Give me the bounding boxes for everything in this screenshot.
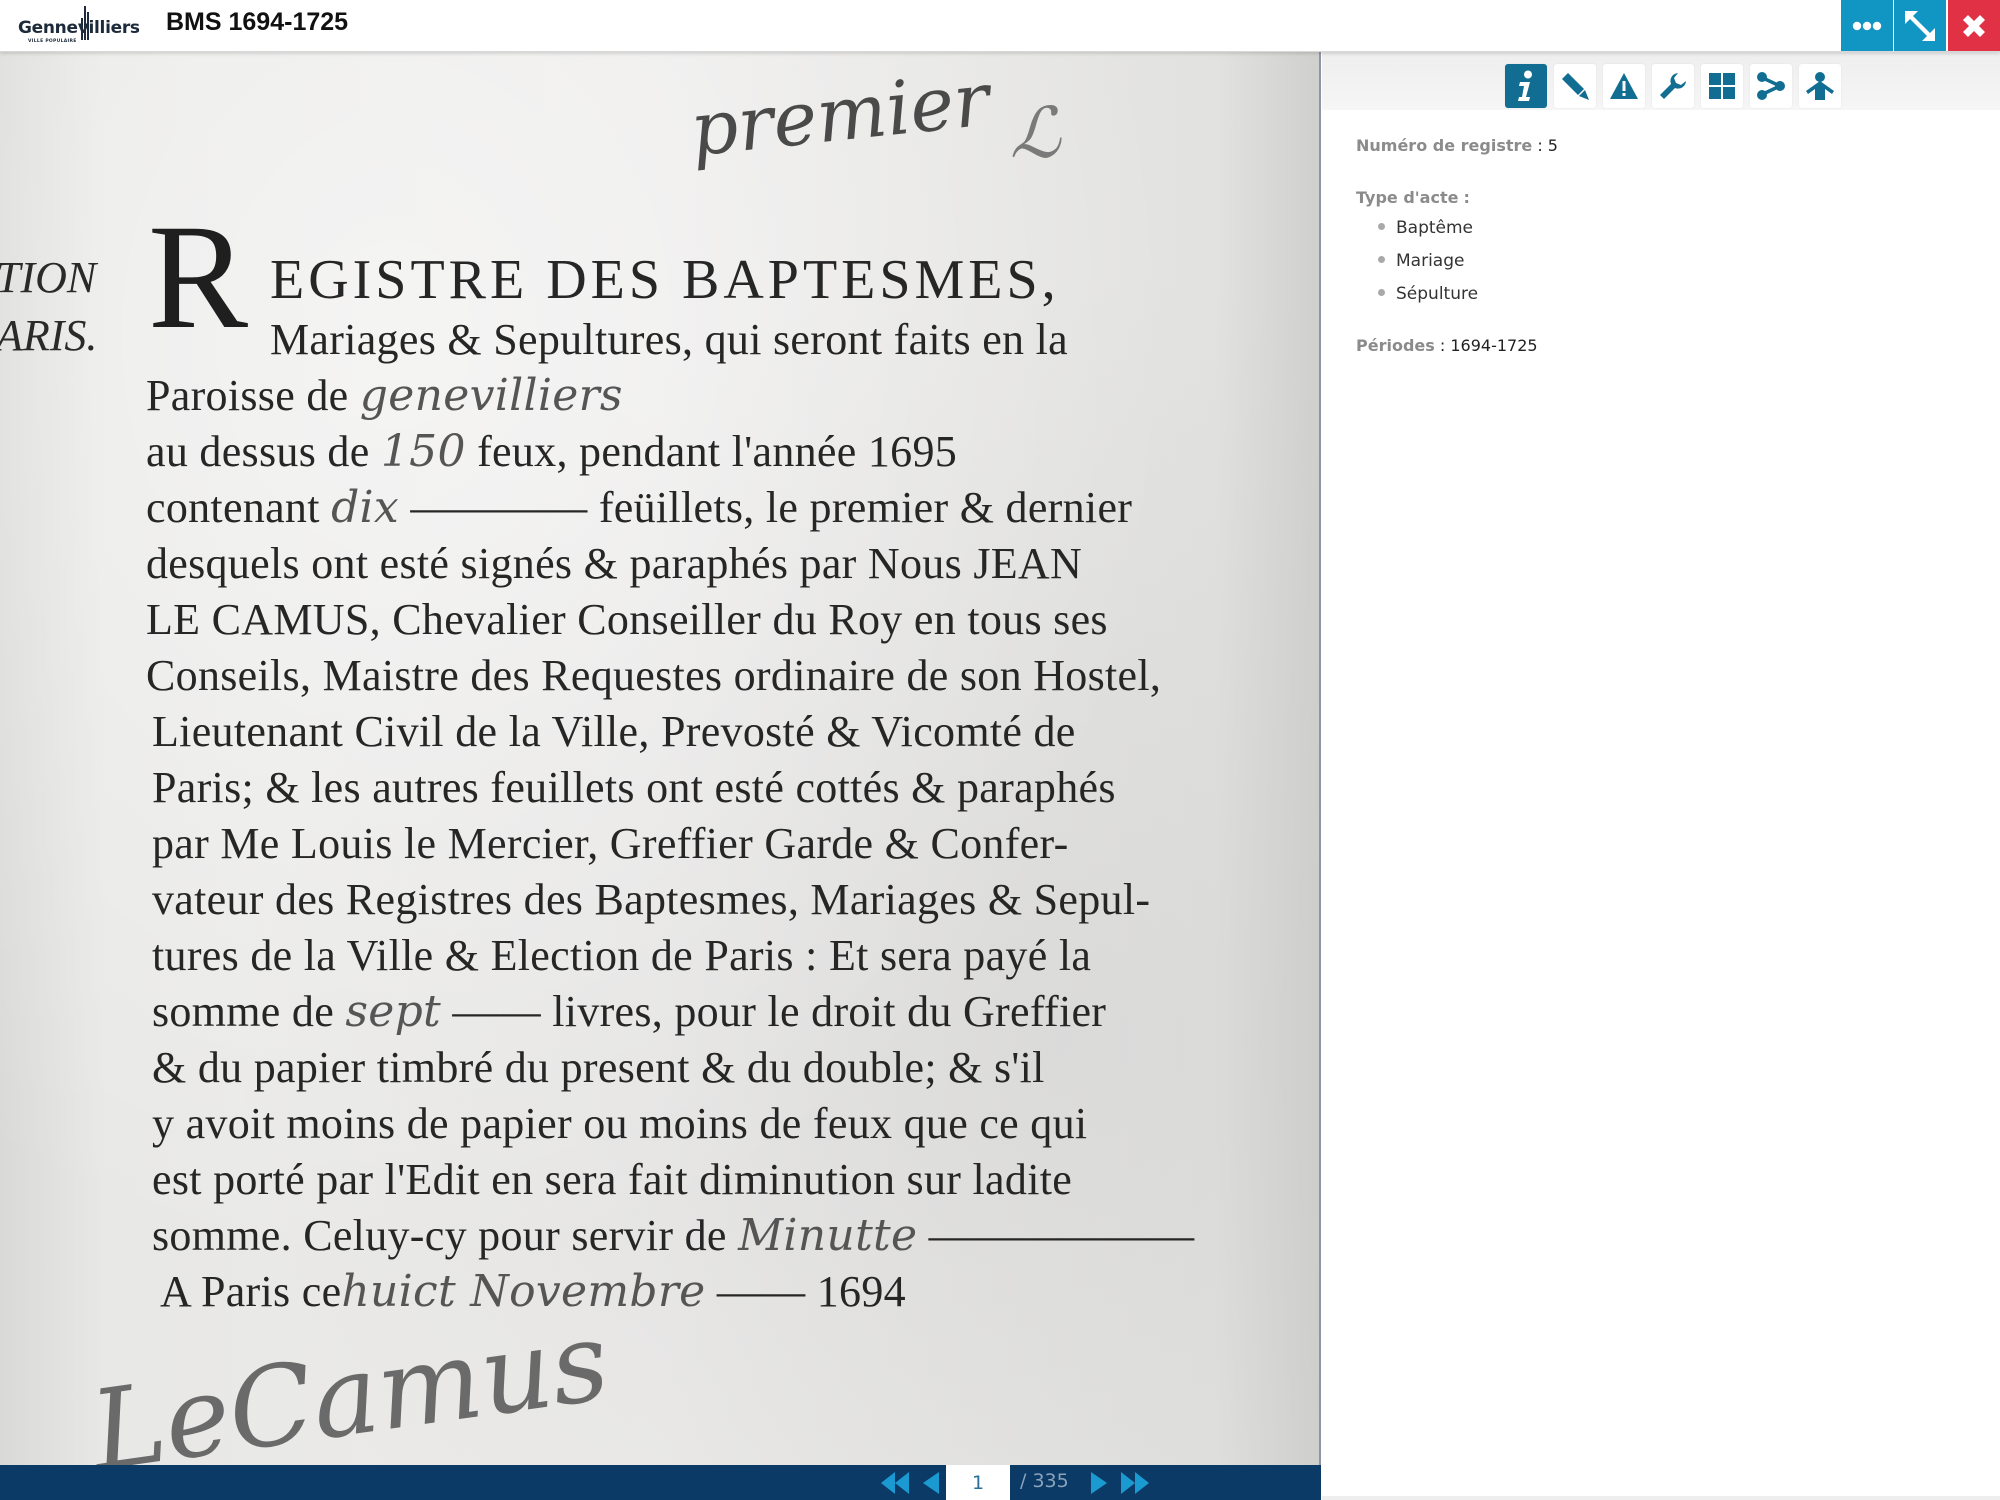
next-page-button[interactable] [1088, 1465, 1110, 1500]
expand-arrows-icon [1902, 8, 1938, 44]
logo-wordmark: Gennevilliers [18, 18, 140, 38]
document-line: contenant dix ———— feüillets, le premier… [146, 482, 1132, 533]
margin-note-line-1: TION [0, 252, 96, 303]
page-total-label: / 335 [1020, 1470, 1069, 1492]
pencil-icon [1560, 71, 1590, 101]
panel-bottom-border [1322, 1496, 2000, 1500]
info-icon [1514, 70, 1538, 102]
person-icon [1805, 71, 1835, 101]
thumbnails-tab-button[interactable] [1701, 64, 1743, 108]
margin-note-line-2: ARIS. [0, 310, 97, 361]
double-chevron-left-icon [881, 1472, 909, 1494]
more-options-button[interactable] [1841, 0, 1893, 51]
info-tab-button[interactable] [1505, 64, 1547, 108]
document-line: par Me Louis le Mercier, Greffier Garde … [152, 818, 1069, 869]
periodes-value: : 1694-1725 [1440, 336, 1538, 355]
handwritten-signature: LeCamus [84, 1296, 616, 1465]
previous-page-button[interactable] [920, 1465, 942, 1500]
periodes: Périodes : 1694-1725 [1356, 336, 1538, 355]
document-line: somme de sept —— livres, pour le droit d… [152, 986, 1106, 1037]
close-x-icon [1959, 11, 1989, 41]
list-item: Sépulture [1378, 284, 1478, 317]
handwritten-flourish: ℒ [1010, 92, 1060, 174]
share-tab-button[interactable] [1750, 64, 1792, 108]
registre-value: : 5 [1537, 136, 1558, 155]
report-tab-button[interactable] [1603, 64, 1645, 108]
logo-bars-icon [81, 6, 91, 40]
panel-toolbar [1322, 52, 2000, 110]
drop-capital: R [148, 202, 248, 352]
document-line: Conseils, Maistre des Requestes ordinair… [146, 650, 1161, 701]
person-tab-button[interactable] [1799, 64, 1841, 108]
fullscreen-button[interactable] [1894, 0, 1946, 51]
gennevilliers-logo: Gennevilliers VILLE POPULAIRE [18, 6, 128, 48]
document-line: est porté par l'Edit en sera fait diminu… [152, 1154, 1072, 1205]
document-line: & du papier timbré du present & du doubl… [152, 1042, 1045, 1093]
list-item: Baptême [1378, 218, 1478, 251]
document-line: somme. Celuy-cy pour servir de Minutte —… [152, 1210, 1194, 1261]
app-header: Gennevilliers VILLE POPULAIRE BMS 1694-1… [0, 0, 2000, 52]
document-line: au dessus de 150 feux, pendant l'année 1… [146, 426, 957, 477]
document-line: Paris; & les autres feuillets ont esté c… [152, 762, 1116, 813]
document-title: BMS 1694-1725 [166, 8, 348, 37]
document-line: desquels ont esté signés & paraphés par … [146, 538, 1082, 589]
registre-number: Numéro de registre : 5 [1356, 136, 1558, 155]
chevron-left-icon [923, 1472, 939, 1494]
periodes-label: Périodes [1356, 336, 1435, 355]
handwritten-annotation: premier [686, 57, 993, 174]
ellipsis-icon [1852, 21, 1882, 31]
scanned-page-image[interactable]: premier ℒ TION ARIS. R EGISTRE DES BAPTE… [0, 52, 1321, 1465]
annotate-tab-button[interactable] [1554, 64, 1596, 108]
double-chevron-right-icon [1121, 1472, 1149, 1494]
page-navigation-bar: / 335 [0, 1465, 1321, 1500]
type-acte-list: Baptême Mariage Sépulture [1378, 218, 1478, 317]
document-line: Mariages & Sepultures, qui seront faits … [270, 314, 1068, 365]
document-line: EGISTRE DES BAPTESMES, [270, 248, 1060, 312]
document-line: y avoit moins de papier ou moins de feux… [152, 1098, 1087, 1149]
tools-tab-button[interactable] [1652, 64, 1694, 108]
registre-label: Numéro de registre [1356, 136, 1532, 155]
type-acte-label: Type d'acte [1356, 188, 1458, 207]
first-page-button[interactable] [880, 1465, 910, 1500]
chevron-right-icon [1091, 1472, 1107, 1494]
wrench-icon [1658, 71, 1688, 101]
document-viewer[interactable]: premier ℒ TION ARIS. R EGISTRE DES BAPTE… [0, 52, 1321, 1465]
page-number-input[interactable] [946, 1465, 1010, 1500]
type-acte: Type d'acte : [1356, 188, 1470, 207]
document-line: LE CAMUS, Chevalier Conseiller du Roy en… [146, 594, 1108, 645]
share-icon [1756, 71, 1786, 101]
side-panel: Numéro de registre : 5 Type d'acte : Bap… [1322, 52, 2000, 1500]
last-page-button[interactable] [1120, 1465, 1150, 1500]
logo-tagline: VILLE POPULAIRE [28, 39, 77, 44]
document-line: Paroisse de genevilliers [146, 370, 623, 421]
document-line: vateur des Registres des Baptesmes, Mari… [152, 874, 1150, 925]
close-button[interactable] [1948, 0, 2000, 51]
warning-icon [1609, 72, 1639, 100]
grid-icon [1708, 72, 1736, 100]
document-line: tures de la Ville & Election de Paris : … [152, 930, 1091, 981]
document-line: Lieutenant Civil de la Ville, Prevosté &… [152, 706, 1076, 757]
list-item: Mariage [1378, 251, 1478, 284]
